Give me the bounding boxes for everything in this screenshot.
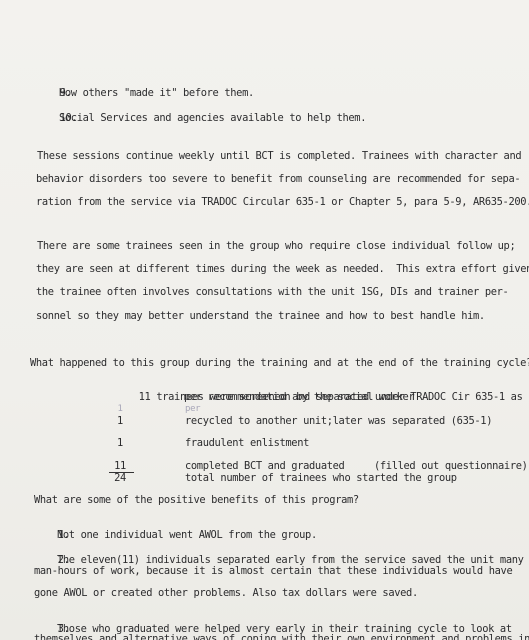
total-text: total number of trainees who started the… [185,472,457,484]
list-text: Social Services and agencies available t… [59,112,366,124]
outcome-count: 1 [110,437,130,449]
list-item-10: 10.Social Services and agencies availabl… [36,100,77,136]
outcome-count: 11 [139,391,151,403]
outcome-text: completed BCT and graduated (filled out … [185,460,528,472]
paragraph-2-line: sonnel so they may better understand the… [36,310,485,322]
question-heading: What happened to this group during the t… [30,357,529,369]
benefit-text-line: man-hours of work, because it is almost … [34,565,512,577]
outcome-count: 1 [110,415,130,427]
paragraph-2-line: they are seen at different times during … [36,263,529,275]
outcome-text-continued: per recommendation by the social worker [184,391,414,403]
question-heading: What are some of the positive benefits o… [34,494,359,506]
outcome-text: recycled to another unit;later was separ… [185,415,492,427]
outcome-count: 11 [110,460,130,472]
outcome-text: fraudulent enlistment [185,437,309,449]
benefit-text: Not one individual went AWOL from the gr… [57,529,317,541]
benefit-text-line: gone AWOL or created other problems. Als… [34,587,418,599]
faint-text: per [185,403,200,415]
total-count: 24 [110,472,130,484]
paragraph-1-line: These sessions continue weekly until BCT… [37,150,521,162]
paragraph-1-line: behavior disorders too severe to benefit… [36,173,520,185]
benefit-text-line: themselves and alternative ways of copin… [34,633,529,640]
paragraph-2-line: There are some trainees seen in the grou… [37,240,515,252]
list-text: How others "made it" before them. [59,87,254,99]
paragraph-2-line: the trainee often involves consultations… [36,286,508,298]
paragraph-1-line: ration from the service via TRADOC Circu… [36,196,529,208]
faint-count: 1 [110,403,130,415]
